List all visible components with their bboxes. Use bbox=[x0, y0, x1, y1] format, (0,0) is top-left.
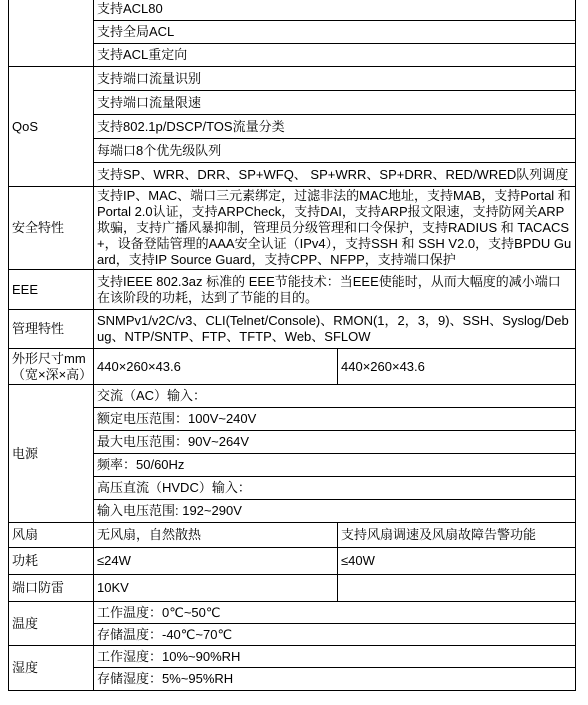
table-row: 风扇 无风扇，自然散热 支持风扇调速及风扇故障告警功能 bbox=[9, 523, 576, 548]
spec-label-humidity: 湿度 bbox=[9, 646, 94, 691]
spec-value: 440×260×43.6 bbox=[94, 349, 338, 385]
table-row: 最大电压范围：90V~264V bbox=[9, 431, 576, 454]
spec-value: 440×260×43.6 bbox=[338, 349, 576, 385]
table-row: EEE 支持IEEE 802.3az 标准的 EEE节能技术：当EEE使能时，从… bbox=[9, 270, 576, 310]
spec-value: 每端口8个优先级队列 bbox=[94, 139, 576, 163]
table-row: 频率：50/60Hz bbox=[9, 454, 576, 477]
spec-value: 无风扇，自然散热 bbox=[94, 523, 338, 548]
spec-value: 频率：50/60Hz bbox=[94, 454, 576, 477]
spec-label-dimensions: 外形尺寸mm（宽×深×高） bbox=[9, 349, 94, 385]
spec-value: 交流（AC）输入： bbox=[94, 385, 576, 408]
table-row: 支持全局ACL bbox=[9, 21, 576, 44]
spec-value: 输入电压范围: 192~290V bbox=[94, 500, 576, 523]
spec-label-temperature: 温度 bbox=[9, 602, 94, 646]
spec-label-management: 管理特性 bbox=[9, 310, 94, 349]
table-row: 支持端口流量限速 bbox=[9, 91, 576, 115]
table-row: 端口防雷 10KV bbox=[9, 575, 576, 602]
table-row: 温度 工作温度：0℃~50℃ bbox=[9, 602, 576, 624]
table-row: 存储湿度：5%~95%RH bbox=[9, 668, 576, 691]
table-row: 外形尺寸mm（宽×深×高） 440×260×43.6 440×260×43.6 bbox=[9, 349, 576, 385]
spec-value: 支持IEEE 802.3az 标准的 EEE节能技术：当EEE使能时，从而大幅度… bbox=[94, 270, 576, 310]
spec-value: 支持ACL重定向 bbox=[94, 44, 576, 67]
spec-value-empty bbox=[338, 575, 576, 602]
spec-value: 支持SP、WRR、DRR、SP+WFQ、 SP+WRR、SP+DRR、RED/W… bbox=[94, 163, 576, 187]
table-row: 电源 交流（AC）输入： bbox=[9, 385, 576, 408]
spec-value: 最大电压范围：90V~264V bbox=[94, 431, 576, 454]
spec-label-security: 安全特性 bbox=[9, 187, 94, 270]
spec-value: 支持IP、MAC、端口三元素绑定，过滤非法的MAC地址，支持MAB，支持Port… bbox=[94, 187, 576, 270]
spec-label-power-consumption: 功耗 bbox=[9, 548, 94, 575]
spec-value: 支持802.1p/DSCP/TOS流量分类 bbox=[94, 115, 576, 139]
table-row: QoS 支持端口流量识别 bbox=[9, 67, 576, 91]
table-row: 功耗 ≤24W ≤40W bbox=[9, 548, 576, 575]
spec-value: ≤24W bbox=[94, 548, 338, 575]
table-row: 湿度 工作湿度：10%~90%RH bbox=[9, 646, 576, 668]
spec-value: SNMPv1/v2C/v3、CLI(Telnet/Console)、RMON(1… bbox=[94, 310, 576, 349]
table-row: 管理特性 SNMPv1/v2C/v3、CLI(Telnet/Console)、R… bbox=[9, 310, 576, 349]
table-row: 额定电压范围：100V~240V bbox=[9, 408, 576, 431]
table-row: 支持ACL重定向 bbox=[9, 44, 576, 67]
spec-value: ≤40W bbox=[338, 548, 576, 575]
spec-value: 额定电压范围：100V~240V bbox=[94, 408, 576, 431]
table-row: 高压直流（HVDC）输入： bbox=[9, 477, 576, 500]
table-row: 每端口8个优先级队列 bbox=[9, 139, 576, 163]
table-row: 输入电压范围: 192~290V bbox=[9, 500, 576, 523]
table-row: 支持802.1p/DSCP/TOS流量分类 bbox=[9, 115, 576, 139]
spec-label-blank bbox=[9, 0, 94, 67]
table-row: 支持SP、WRR、DRR、SP+WFQ、 SP+WRR、SP+DRR、RED/W… bbox=[9, 163, 576, 187]
spec-value: 支持端口流量限速 bbox=[94, 91, 576, 115]
spec-sheet: 支持ACL80 支持全局ACL 支持ACL重定向 QoS 支持端口流量识别 支持… bbox=[8, 0, 576, 691]
spec-value: 支持端口流量识别 bbox=[94, 67, 576, 91]
spec-label-eee: EEE bbox=[9, 270, 94, 310]
table-row: 存储温度：-40℃~70℃ bbox=[9, 624, 576, 646]
spec-value: 工作温度：0℃~50℃ bbox=[94, 602, 576, 624]
spec-value: 10KV bbox=[94, 575, 338, 602]
spec-value: 支持风扇调速及风扇故障告警功能 bbox=[338, 523, 576, 548]
spec-table: 支持ACL80 支持全局ACL 支持ACL重定向 QoS 支持端口流量识别 支持… bbox=[8, 0, 576, 691]
spec-value: 存储温度：-40℃~70℃ bbox=[94, 624, 576, 646]
spec-label-qos: QoS bbox=[9, 67, 94, 187]
table-row: 安全特性 支持IP、MAC、端口三元素绑定，过滤非法的MAC地址，支持MAB，支… bbox=[9, 187, 576, 270]
spec-value: 高压直流（HVDC）输入： bbox=[94, 477, 576, 500]
spec-value: 支持ACL80 bbox=[94, 0, 576, 21]
spec-label-surge-protection: 端口防雷 bbox=[9, 575, 94, 602]
spec-label-power: 电源 bbox=[9, 385, 94, 523]
spec-value: 工作湿度：10%~90%RH bbox=[94, 646, 576, 668]
spec-label-fan: 风扇 bbox=[9, 523, 94, 548]
table-row: 支持ACL80 bbox=[9, 0, 576, 21]
spec-value: 支持全局ACL bbox=[94, 21, 576, 44]
spec-value: 存储湿度：5%~95%RH bbox=[94, 668, 576, 691]
